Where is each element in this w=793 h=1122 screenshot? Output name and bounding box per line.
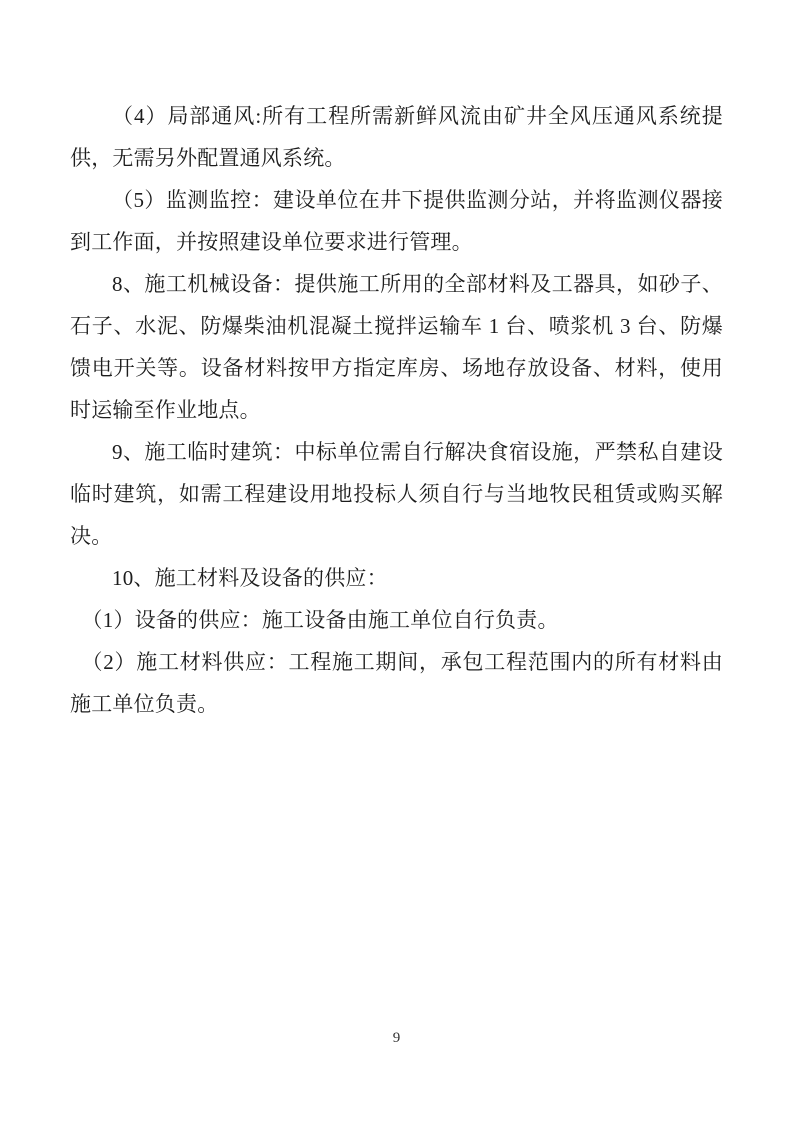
paragraph-item-10-1-equipment-supply: （1）设备的供应：施工设备由施工单位自行负责。 xyxy=(70,599,723,641)
paragraph-item-4-local-ventilation: （4）局部通风:所有工程所需新鲜风流由矿井全风压通风系统提供，无需另外配置通风系… xyxy=(70,95,723,179)
document-page: （4）局部通风:所有工程所需新鲜风流由矿井全风压通风系统提供，无需另外配置通风系… xyxy=(0,0,793,1122)
page-number: 9 xyxy=(0,1028,793,1048)
paragraph-item-10-materials-equipment-supply: 10、施工材料及设备的供应： xyxy=(70,557,723,599)
paragraph-item-8-construction-machinery: 8、施工机械设备：提供施工所用的全部材料及工器具，如砂子、石子、水泥、防爆柴油机… xyxy=(70,263,723,431)
paragraph-item-5-monitoring: （5）监测监控：建设单位在井下提供监测分站，并将监测仪器接到工作面，并按照建设单… xyxy=(70,179,723,263)
paragraph-item-10-2-material-supply: （2）施工材料供应：工程施工期间，承包工程范围内的所有材料由施工单位负责。 xyxy=(70,641,723,725)
document-body: （4）局部通风:所有工程所需新鲜风流由矿井全风压通风系统提供，无需另外配置通风系… xyxy=(70,95,723,725)
paragraph-item-9-temporary-buildings: 9、施工临时建筑：中标单位需自行解决食宿设施，严禁私自建设临时建筑，如需工程建设… xyxy=(70,431,723,557)
